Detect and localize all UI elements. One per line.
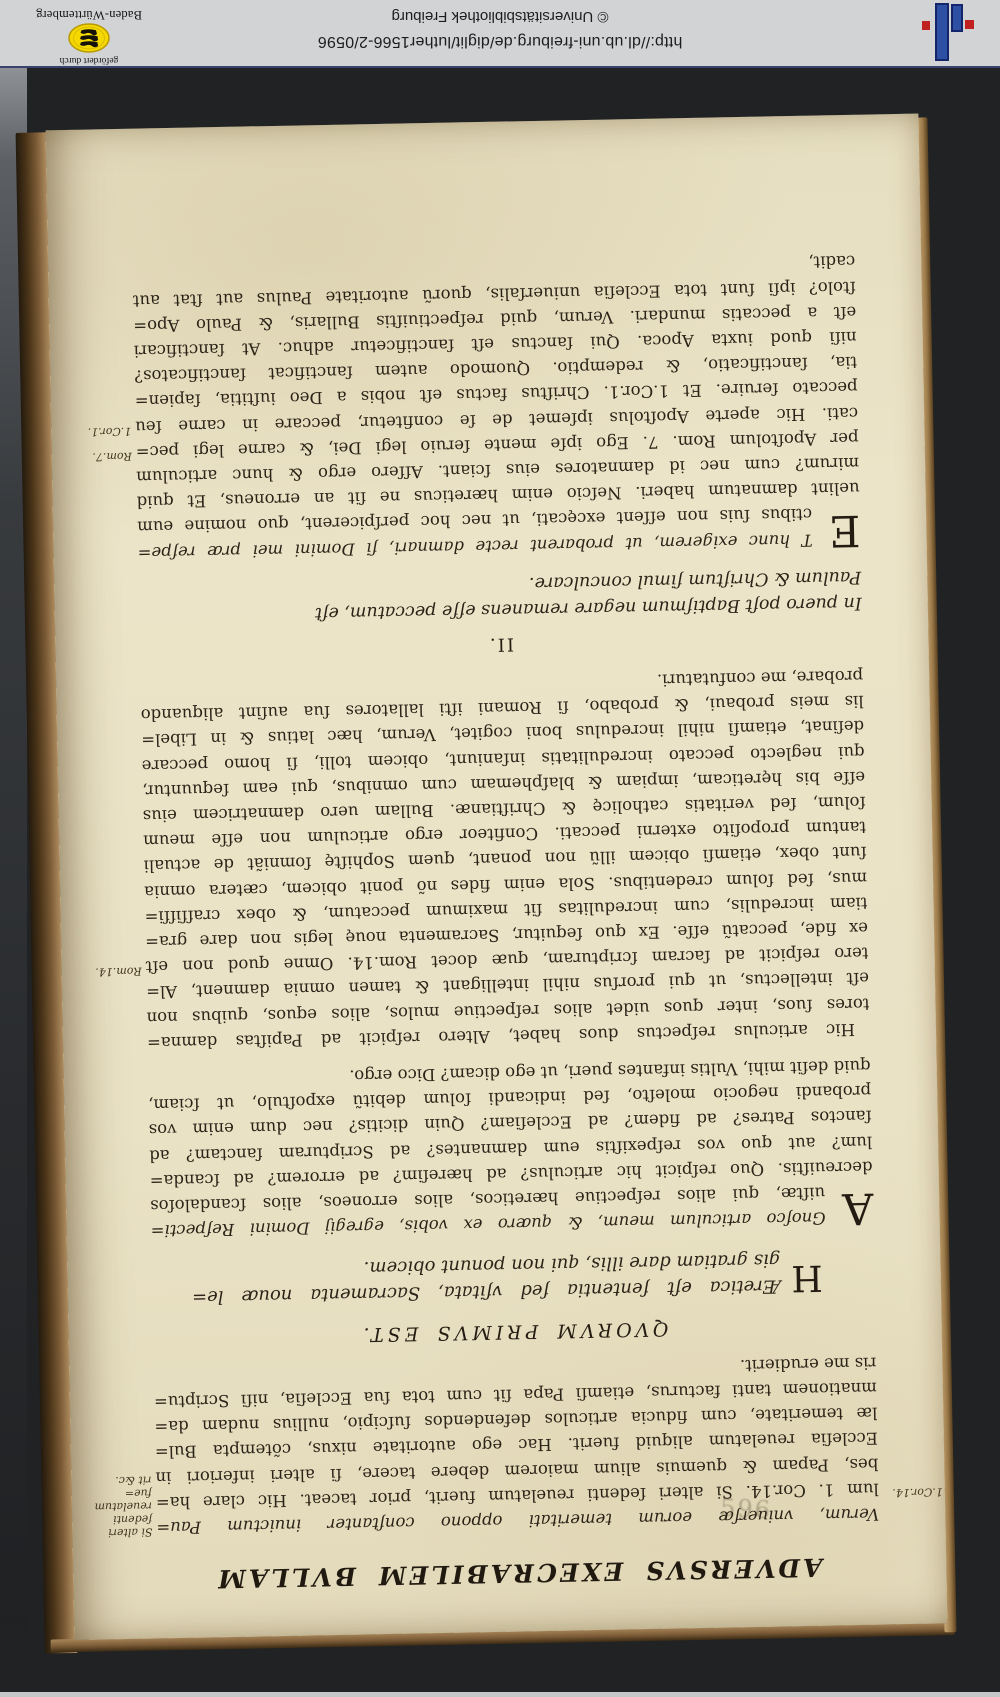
- scan-url-text: http://dl.ub.uni-freiburg.de/diglit/luth…: [318, 30, 683, 52]
- margin-note-line: 1.Cor.1.: [49, 424, 131, 439]
- logo-red-square-left: [922, 21, 930, 30]
- margin-note: 1.Cor.1.: [49, 424, 131, 439]
- para-block: ET hunc exigerem, ut probarent recte dam…: [132, 249, 861, 565]
- logo-blue-bar-short: [951, 4, 963, 32]
- header-text-block: http://dl.ub.uni-freiburg.de/diglit/luth…: [318, 5, 683, 52]
- margin-note-line: reuelatum fue=: [70, 1487, 152, 1515]
- caps-block: QVORVM PRIMVS EST.: [153, 1312, 876, 1350]
- sponsor-logo-block: gefördert durch Baden-Württemberg: [14, 1, 164, 65]
- margin-note: Si alteri ſedentireuelatum fue=rit &c.: [69, 1474, 152, 1541]
- page-surface: 596 ADVERSVS EXECRABILEM BVLLAMVerum, vn…: [46, 114, 948, 1640]
- copyright-text: © Universitätsbibliothek Freiburg: [318, 5, 683, 27]
- text-column: ADVERSVS EXECRABILEM BVLLAMVerum, vniuer…: [132, 237, 881, 1594]
- para-block: Hic articulus reſpectus duos habet, Alte…: [140, 663, 870, 1055]
- library-logo-icon: [922, 3, 978, 61]
- printed-content-rotated: ADVERSVS EXECRABILEM BVLLAMVerum, vniuer…: [46, 114, 948, 1640]
- baden-wuerttemberg-arms-icon: [68, 23, 110, 53]
- book-page: 596 ADVERSVS EXECRABILEM BVLLAMVerum, vn…: [16, 113, 957, 1645]
- scanner-bed-strip: [0, 1692, 1000, 1697]
- para-block: HÆretica eſt ſententia ſed vſitata, Sacr…: [191, 1247, 823, 1310]
- title-block: ADVERSVS EXECRABILEM BVLLAM: [157, 1551, 880, 1595]
- viewer-header-bar: gefördert durch Baden-Württemberg http:/…: [0, 0, 1000, 68]
- sponsor-name: Baden-Württemberg: [14, 8, 164, 22]
- margin-note: 1.Cor.14.: [885, 1485, 943, 1499]
- margin-note: Rom.14.: [60, 965, 142, 980]
- para-block: Verum, vniuerſæ eorum temeritati oppono …: [153, 1350, 879, 1540]
- sponsor-label: gefördert durch: [14, 54, 164, 65]
- logo-blue-bar-tall: [935, 3, 949, 61]
- margin-note-line: Rom.7.: [50, 450, 132, 465]
- scan-photo-area: 596 ADVERSVS EXECRABILEM BVLLAMVerum, vn…: [0, 68, 1000, 1697]
- logo-red-square-right: [965, 20, 974, 29]
- drop-cap-initial: A: [842, 1188, 874, 1229]
- margin-note-line: Rom.14.: [60, 965, 142, 980]
- centered-block: In puero poſt Baptiſmum negare remanens …: [138, 563, 862, 629]
- drop-cap-initial: E: [829, 509, 861, 550]
- para-block: AGnoſco articulum meum, & quæro ex vobis…: [148, 1053, 874, 1243]
- margin-note: Rom.7.: [50, 450, 132, 465]
- num-block: II.: [139, 625, 862, 661]
- margin-note-line: Si alteri ſedenti: [70, 1513, 152, 1541]
- drop-cap-initial: H: [791, 1256, 823, 1297]
- margin-note-line: rit &c.: [69, 1474, 151, 1489]
- margin-note-line: 1.Cor.14.: [885, 1485, 943, 1499]
